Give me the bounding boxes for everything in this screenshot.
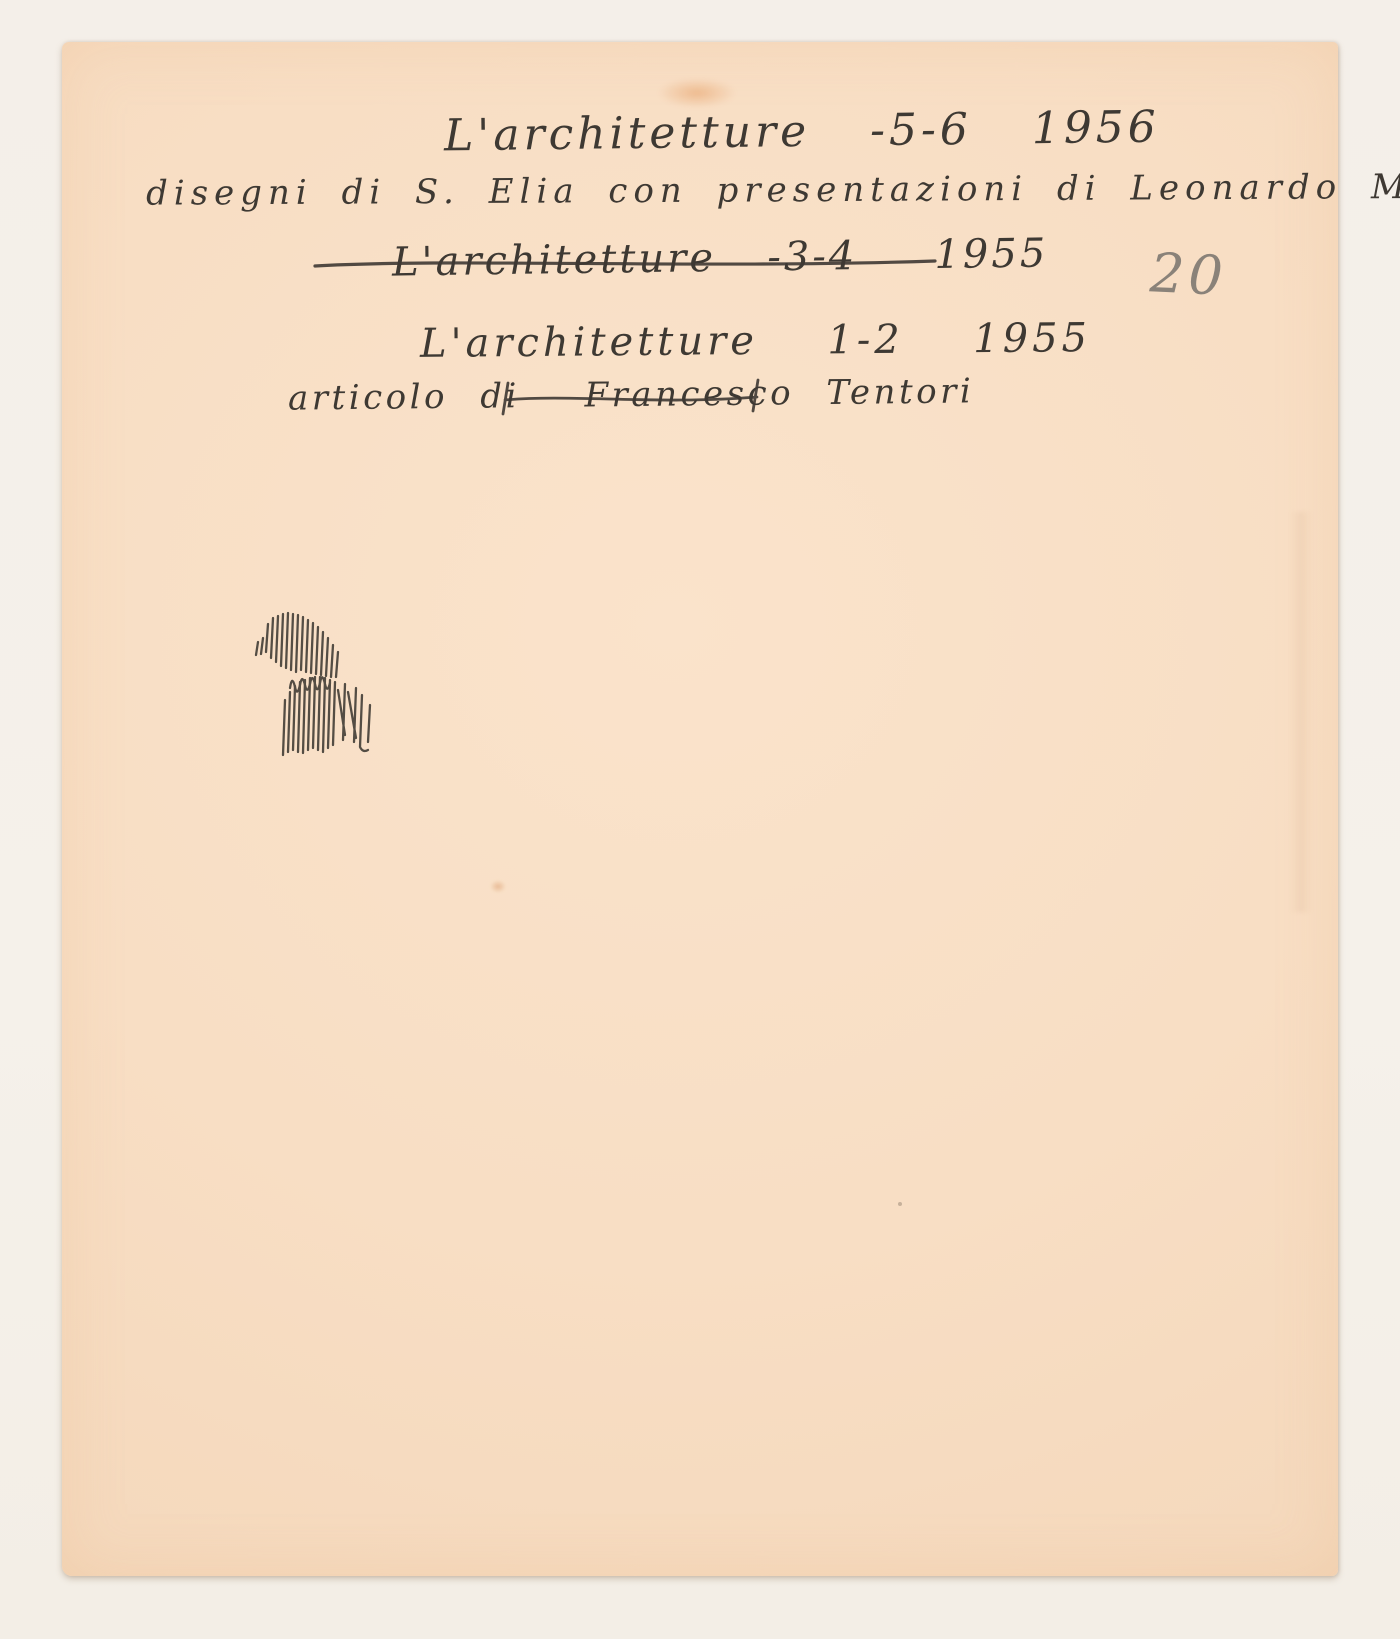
paper-crease-streak: [1290, 512, 1312, 912]
handwritten-line-title-1955-34: L'architetture -3-4 1955: [392, 233, 1049, 282]
note-paper: L'architetture -5-6 1956 disegni di S. E…: [62, 42, 1338, 1576]
handwritten-line-title-1955-12: L'architetture 1-2 1955: [420, 318, 1091, 364]
handwritten-line-caption-1955: articolo di Francesco Tentori: [288, 374, 975, 415]
paper-speck: [898, 1202, 902, 1206]
scanned-document: { "document": { "kind": "handwritten arc…: [0, 0, 1400, 1639]
pencil-page-number: 20: [1149, 246, 1228, 303]
paper-stain-dot: [490, 880, 506, 893]
handwritten-line-title-1956: L'architetture -5-6 1956: [444, 106, 1160, 159]
paper-stain: [658, 78, 736, 108]
handwritten-line-caption-1956: disegni di S. Elia con presentazioni di …: [146, 169, 1400, 210]
